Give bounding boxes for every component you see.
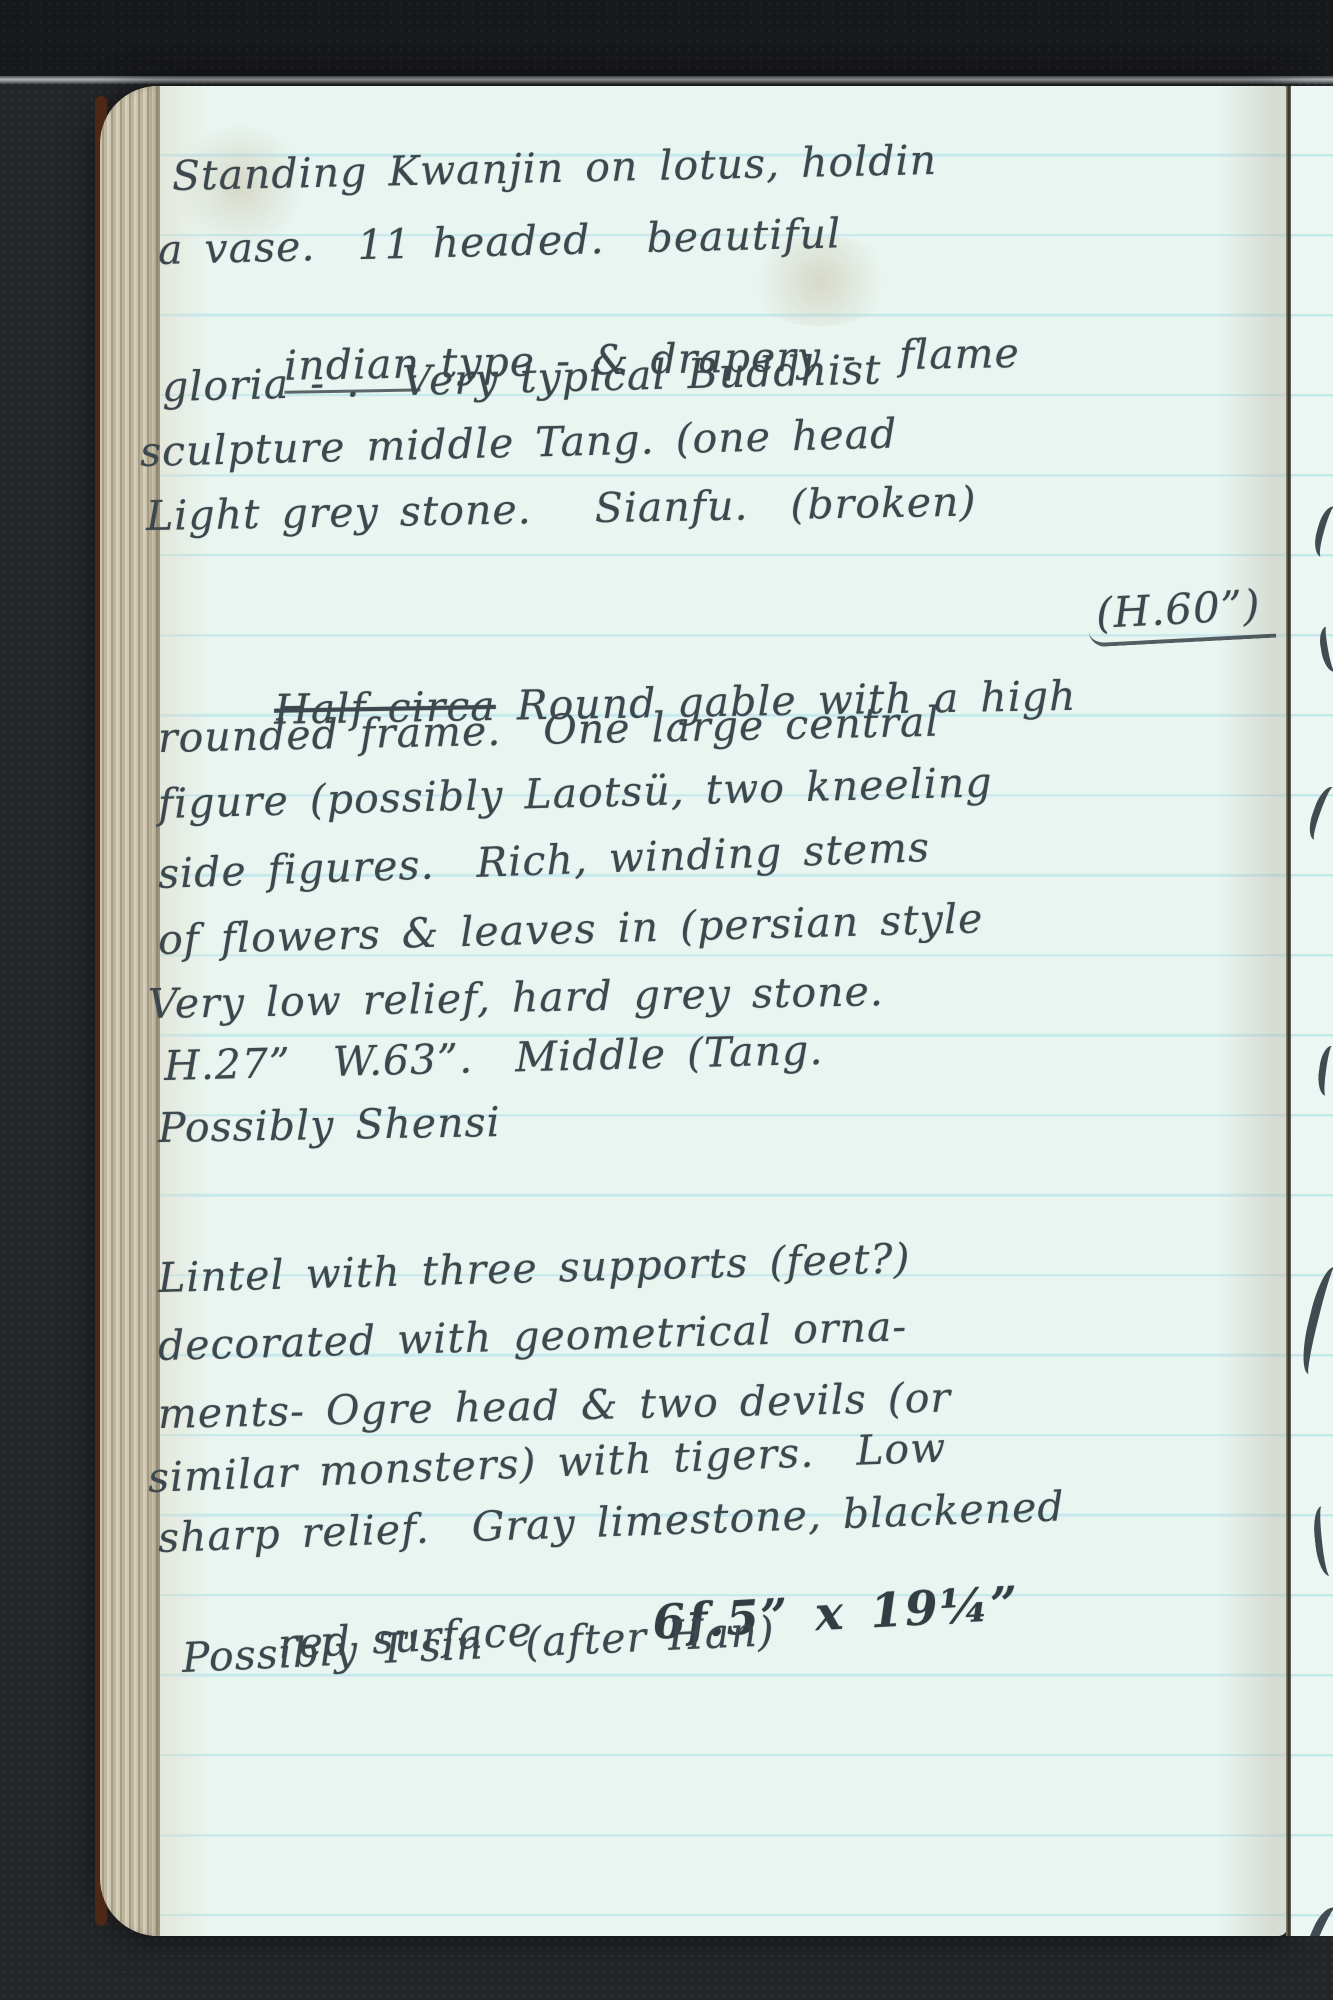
handwritten-line: Standing Kwanjin on lotus, holdin	[171, 136, 937, 200]
handwriting-block: Standing Kwanjin on lotus, holdin a vase…	[0, 0, 1333, 2000]
handwritten-line: Lintel with three supports (feet?)	[157, 1234, 911, 1302]
handwritten-line: side figures. Rich, winding stems	[157, 823, 931, 898]
handwritten-line: Very low relief, hard grey stone.	[148, 967, 885, 1028]
handwritten-line: H.27” W.63”. Middle (Tang.	[163, 1026, 823, 1090]
height-annotation: (H.60”)	[1087, 580, 1276, 648]
handwritten-line: Light grey stone. Sianfu. (broken)	[146, 478, 977, 540]
handwritten-line: decorated with geometrical orna-	[157, 1302, 907, 1370]
handwritten-line: of flowers & leaves in (persian style	[157, 894, 983, 964]
notebook-photograph: Standing Kwanjin on lotus, holdin a vase…	[0, 0, 1333, 2000]
handwritten-line: Possibly Shensi	[158, 1098, 501, 1152]
handwritten-line: a vase. 11 headed. beautiful	[157, 209, 841, 274]
